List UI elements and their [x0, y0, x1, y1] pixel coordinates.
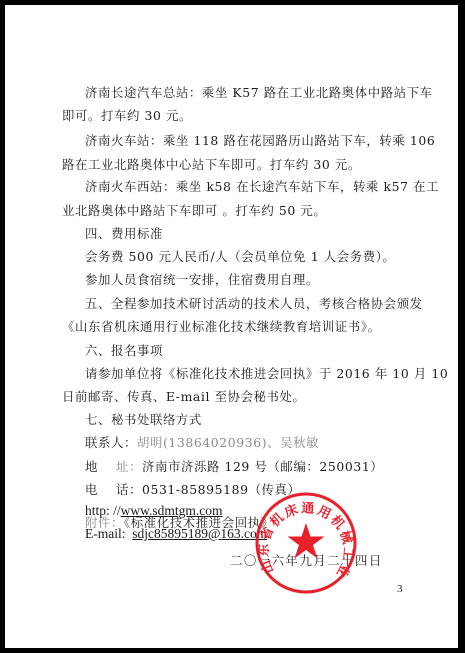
contact-line: 联系人：胡明(13864020936)、吴秋敏 [85, 433, 319, 451]
address-label-a: 地 [85, 459, 98, 474]
section-title-contact: 七、秘书处联络方式 [85, 410, 202, 428]
page-number: 3 [397, 583, 403, 595]
text-line: 即可。打车约 30 元。 [62, 106, 192, 124]
text-line: 参加人员食宿统一安排，住宿费用自理。 [85, 270, 319, 288]
document-page: 济南长途汽车总站：乘坐 K57 路在工业北路奥体中路站下车即可。打车约 30 元… [5, 5, 458, 648]
attachment-label: 附件： [85, 515, 124, 530]
address-value: 济南市济泺路 129 号（邮编：250031） [142, 459, 383, 474]
text-line: 济南火车站：乘坐 118 路在花园路历山路站下车，转乘 106 [85, 131, 435, 149]
address-label-b: 址： [116, 459, 142, 474]
text-line: 请参加单位将《标准化技术推进会回执》于 2016 年 10 月 10 [85, 364, 448, 382]
text-line: 济南火车西站：乘坐 k58 在长途汽车站下车，转乘 k57 在工 [85, 177, 439, 195]
attachment-line: 附件：《标准化技术推进会回执》 [85, 513, 274, 531]
text-line: 济南长途汽车总站：乘坐 K57 路在工业北路奥体中路站下车 [85, 83, 433, 101]
contact-label: 联系人： [85, 435, 137, 450]
section-title-text: 七、秘书处联络方式 [85, 412, 202, 427]
text-line: 六、报名事项 [85, 341, 163, 359]
text-line: 路在工业北路奥体中心站下车即可。打车约 30 元。 [62, 155, 361, 173]
text-line: 四、费用标准 [85, 224, 163, 242]
text-line: 日前邮寄、传真、E-mail 至协会秘书处。 [62, 387, 306, 405]
address-line: 地址：济南市济泺路 129 号（邮编：250031） [85, 457, 383, 475]
text-line: 会务费 500 元人民币/人（会员单位免 1 人会务费）。 [85, 247, 395, 265]
contact-names: 胡明(13864020936)、吴秋敏 [137, 435, 319, 450]
phone-label-b: 话： [116, 482, 142, 497]
attachment-value: 《标准化技术推进会回执》 [124, 515, 274, 530]
text-line: 五、全程参加技术研讨活动的技术人员，考核合格协会颁发 [85, 294, 423, 312]
text-line: 业北路奥体中路站下车即可 。打车约 50 元。 [62, 201, 326, 219]
phone-label-a: 电 [85, 482, 98, 497]
official-seal-icon: 山东省机床通用机械工业协会 [254, 491, 358, 595]
text-line: 《山东省机床通用行业标准化技术继续教育培训证书》。 [62, 317, 381, 335]
